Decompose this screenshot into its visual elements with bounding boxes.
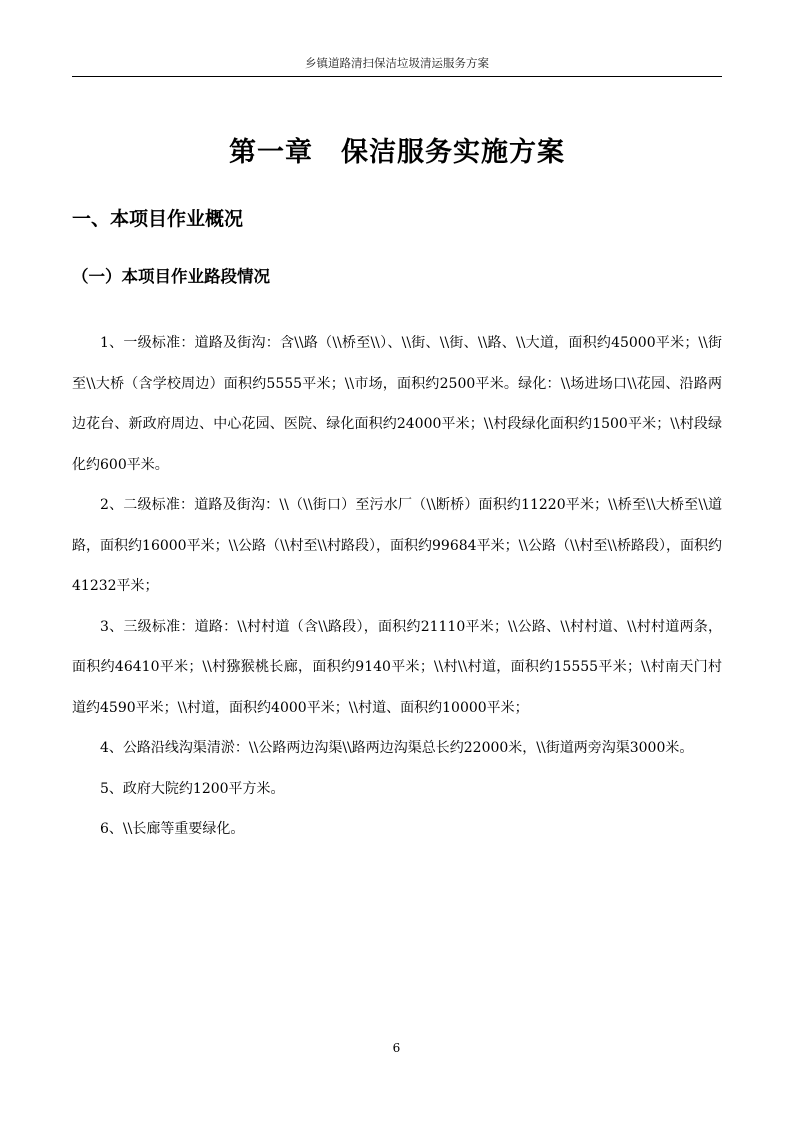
chapter-title: 第一章 保洁服务实施方案 (72, 133, 722, 173)
paragraph-level-3-standard: 3、三级标准：道路：\\村村道（含\\路段），面积约21110平米；\\公路、\… (72, 607, 722, 729)
running-header-title: 乡镇道路清扫保洁垃圾清运服务方案 (305, 56, 489, 70)
body-text: 1、一级标准：道路及街沟：含\\路（\\桥至\\）、\\街、\\街、\\路、\\… (72, 323, 722, 850)
paragraph-corridor-greening: 6、\\长廊等重要绿化。 (72, 809, 722, 850)
section-heading-level-2: （一）本项目作业路段情况 (72, 263, 270, 291)
paragraph-level-2-standard: 2、二级标准：道路及街沟：\\（\\街口）至污水厂（\\断桥）面积约11220平… (72, 485, 722, 607)
paragraph-government-compound: 5、政府大院约1200平方米。 (72, 769, 722, 810)
paragraph-ditch-dredging: 4、公路沿线沟渠清淤：\\公路两边沟渠\\路两边沟渠总长约22000米，\\街道… (72, 728, 722, 769)
running-header: 乡镇道路清扫保洁垃圾清运服务方案 (72, 54, 722, 77)
section-heading-level-1: 一、本项目作业概况 (72, 204, 243, 234)
page-number: 6 (0, 1040, 793, 1056)
paragraph-level-1-standard: 1、一级标准：道路及街沟：含\\路（\\桥至\\）、\\街、\\街、\\路、\\… (72, 323, 722, 485)
